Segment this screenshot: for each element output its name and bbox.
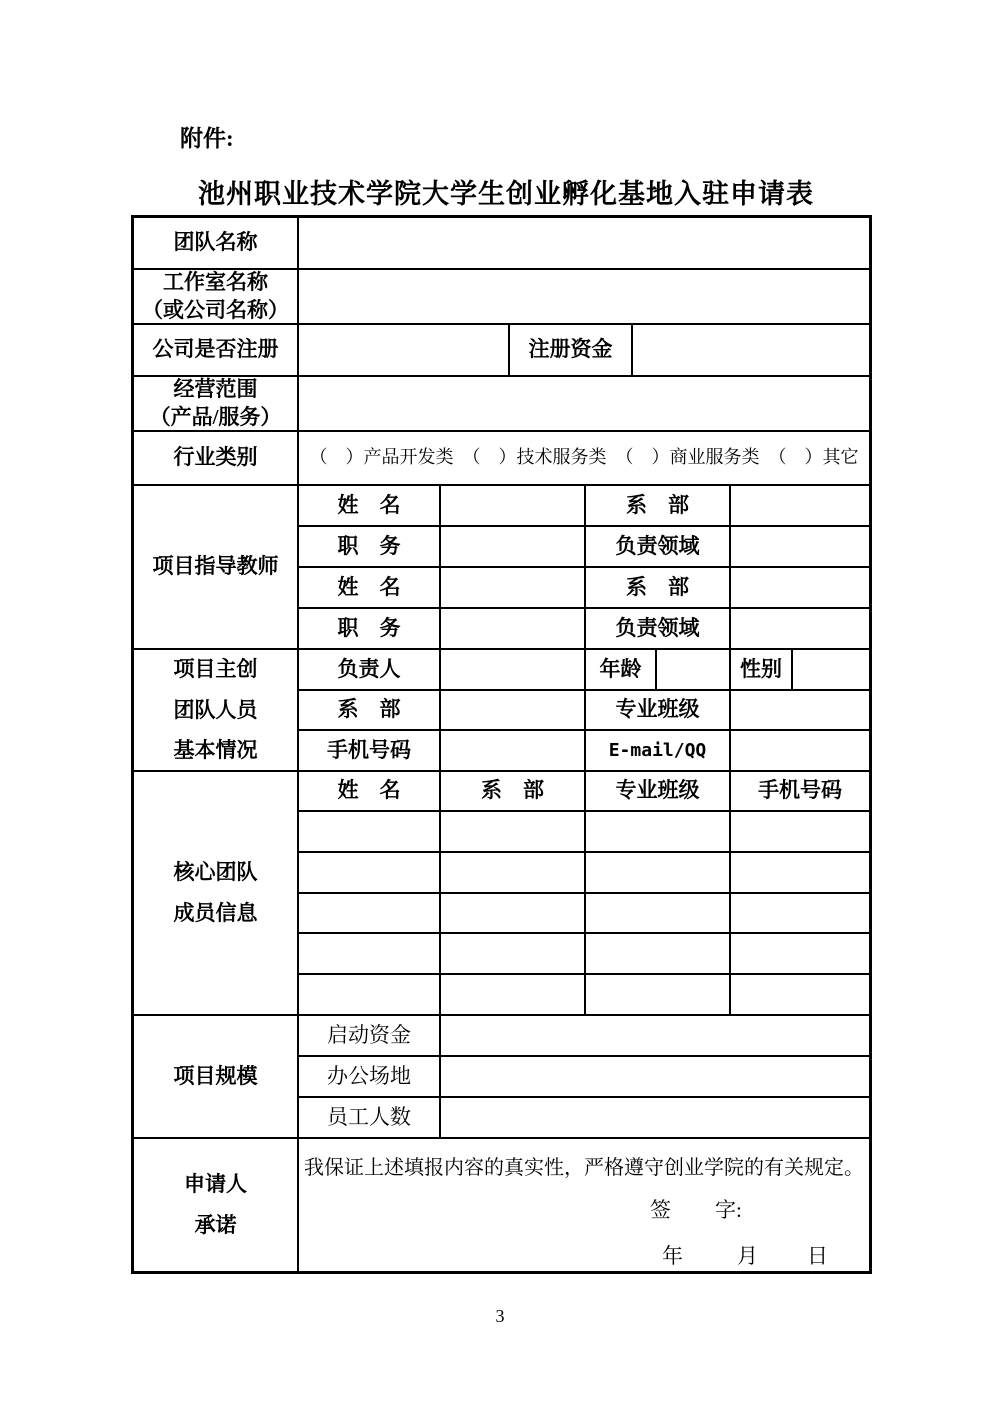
studio-name-input[interactable] xyxy=(299,270,869,325)
core-member-cell[interactable] xyxy=(586,975,731,1016)
business-scope-label: 经营范围 （产品/服务） xyxy=(134,377,299,432)
advisor1-name-label: 姓 名 xyxy=(299,486,441,527)
advisor1-field-label: 负责领域 xyxy=(586,527,731,568)
industry-category-label: 行业类别 xyxy=(134,432,299,486)
gender-label: 性别 xyxy=(731,650,793,691)
leader-name-label: 负责人 xyxy=(299,650,441,691)
staff-count-input[interactable] xyxy=(441,1098,869,1139)
core-member-cell[interactable] xyxy=(731,975,869,1016)
advisor1-dept-label: 系 部 xyxy=(586,486,731,527)
office-space-label: 办公场地 xyxy=(299,1057,441,1098)
industry-options[interactable]: （ ）产品开发类 （ ）技术服务类 （ ）商业服务类 （ ）其它 xyxy=(299,432,869,486)
application-form-table: 团队名称 工作室名称 （或公司名称） 公司是否注册 注册资金 经营范围 （产品/… xyxy=(131,215,872,1274)
pledge-text: 我保证上述填报内容的真实性，严格遵守创业学院的有关规定。 xyxy=(304,1155,864,1181)
core-member-cell[interactable] xyxy=(586,853,731,894)
advisor2-field-label: 负责领域 xyxy=(586,609,731,650)
core-header-mobile: 手机号码 xyxy=(731,772,869,812)
advisor2-name-input[interactable] xyxy=(441,568,586,609)
leader-email-label: E-mail/QQ xyxy=(586,731,731,772)
advisor2-dept-input[interactable] xyxy=(731,568,869,609)
business-scope-input[interactable] xyxy=(299,377,869,432)
core-member-cell[interactable] xyxy=(441,934,586,975)
year-label: 年 xyxy=(662,1243,683,1270)
document-page: 附件: 池州职业技术学院大学生创业孵化基地入驻申请表 团队名称 工作室名称 （或… xyxy=(0,0,1000,1415)
leader-class-label: 专业班级 xyxy=(586,691,731,731)
core-member-cell[interactable] xyxy=(586,894,731,934)
sign-colon-label[interactable]: 字: xyxy=(715,1197,742,1224)
core-member-cell[interactable] xyxy=(731,934,869,975)
core-member-cell[interactable] xyxy=(299,894,441,934)
registered-capital-input[interactable] xyxy=(633,325,869,377)
day-label: 日 xyxy=(807,1243,828,1270)
core-header-dept: 系 部 xyxy=(441,772,586,812)
core-member-cell[interactable] xyxy=(731,812,869,853)
core-member-cell[interactable] xyxy=(299,934,441,975)
advisor1-field-input[interactable] xyxy=(731,527,869,568)
advisor-section-label: 项目指导教师 xyxy=(134,486,299,650)
advisor1-name-input[interactable] xyxy=(441,486,586,527)
office-space-input[interactable] xyxy=(441,1057,869,1098)
sign-label: 签 xyxy=(650,1197,671,1224)
core-member-cell[interactable] xyxy=(731,894,869,934)
leader-dept-input[interactable] xyxy=(441,691,586,731)
advisor2-position-label: 职 务 xyxy=(299,609,441,650)
pledge-cell: 我保证上述填报内容的真实性，严格遵守创业学院的有关规定。 签 字: 年 月 日 xyxy=(299,1139,869,1271)
studio-name-label: 工作室名称 （或公司名称） xyxy=(134,270,299,325)
leader-mobile-input[interactable] xyxy=(441,731,586,772)
company-registered-label: 公司是否注册 xyxy=(134,325,299,377)
core-member-cell[interactable] xyxy=(441,853,586,894)
core-member-cell[interactable] xyxy=(441,812,586,853)
advisor1-position-input[interactable] xyxy=(441,527,586,568)
leader-email-input[interactable] xyxy=(731,731,869,772)
registered-capital-label: 注册资金 xyxy=(510,325,633,377)
leader-name-input[interactable] xyxy=(441,650,586,691)
core-member-cell[interactable] xyxy=(586,812,731,853)
core-member-cell[interactable] xyxy=(441,894,586,934)
attachment-label: 附件: xyxy=(180,120,234,153)
core-member-cell[interactable] xyxy=(441,975,586,1016)
core-member-cell[interactable] xyxy=(299,812,441,853)
month-label: 月 xyxy=(737,1243,758,1270)
age-input[interactable] xyxy=(657,650,731,691)
core-member-cell[interactable] xyxy=(731,853,869,894)
advisor2-field-input[interactable] xyxy=(731,609,869,650)
core-member-cell[interactable] xyxy=(586,934,731,975)
core-header-class: 专业班级 xyxy=(586,772,731,812)
core-member-cell[interactable] xyxy=(299,853,441,894)
project-scale-label: 项目规模 xyxy=(134,1016,299,1139)
staff-count-label: 员工人数 xyxy=(299,1098,441,1139)
age-label: 年龄 xyxy=(586,650,657,691)
pledge-section-label: 申请人 承诺 xyxy=(134,1139,299,1271)
advisor2-name-label: 姓 名 xyxy=(299,568,441,609)
startup-capital-input[interactable] xyxy=(441,1016,869,1057)
advisor2-dept-label: 系 部 xyxy=(586,568,731,609)
gender-input[interactable] xyxy=(793,650,869,691)
advisor1-position-label: 职 务 xyxy=(299,527,441,568)
leader-class-input[interactable] xyxy=(731,691,869,731)
advisor1-dept-input[interactable] xyxy=(731,486,869,527)
leader-dept-label: 系 部 xyxy=(299,691,441,731)
page-title: 池州职业技术学院大学生创业孵化基地入驻申请表 xyxy=(6,172,1000,211)
page-number: 3 xyxy=(0,1306,1000,1327)
startup-capital-label: 启动资金 xyxy=(299,1016,441,1057)
company-registered-input[interactable] xyxy=(299,325,510,377)
team-name-label: 团队名称 xyxy=(134,218,299,270)
core-member-cell[interactable] xyxy=(299,975,441,1016)
core-header-name: 姓 名 xyxy=(299,772,441,812)
advisor2-position-input[interactable] xyxy=(441,609,586,650)
team-name-input[interactable] xyxy=(299,218,869,270)
core-team-section-label: 核心团队 成员信息 xyxy=(134,772,299,1016)
leader-mobile-label: 手机号码 xyxy=(299,731,441,772)
founder-section-label: 项目主创 团队人员 基本情况 xyxy=(134,650,299,772)
